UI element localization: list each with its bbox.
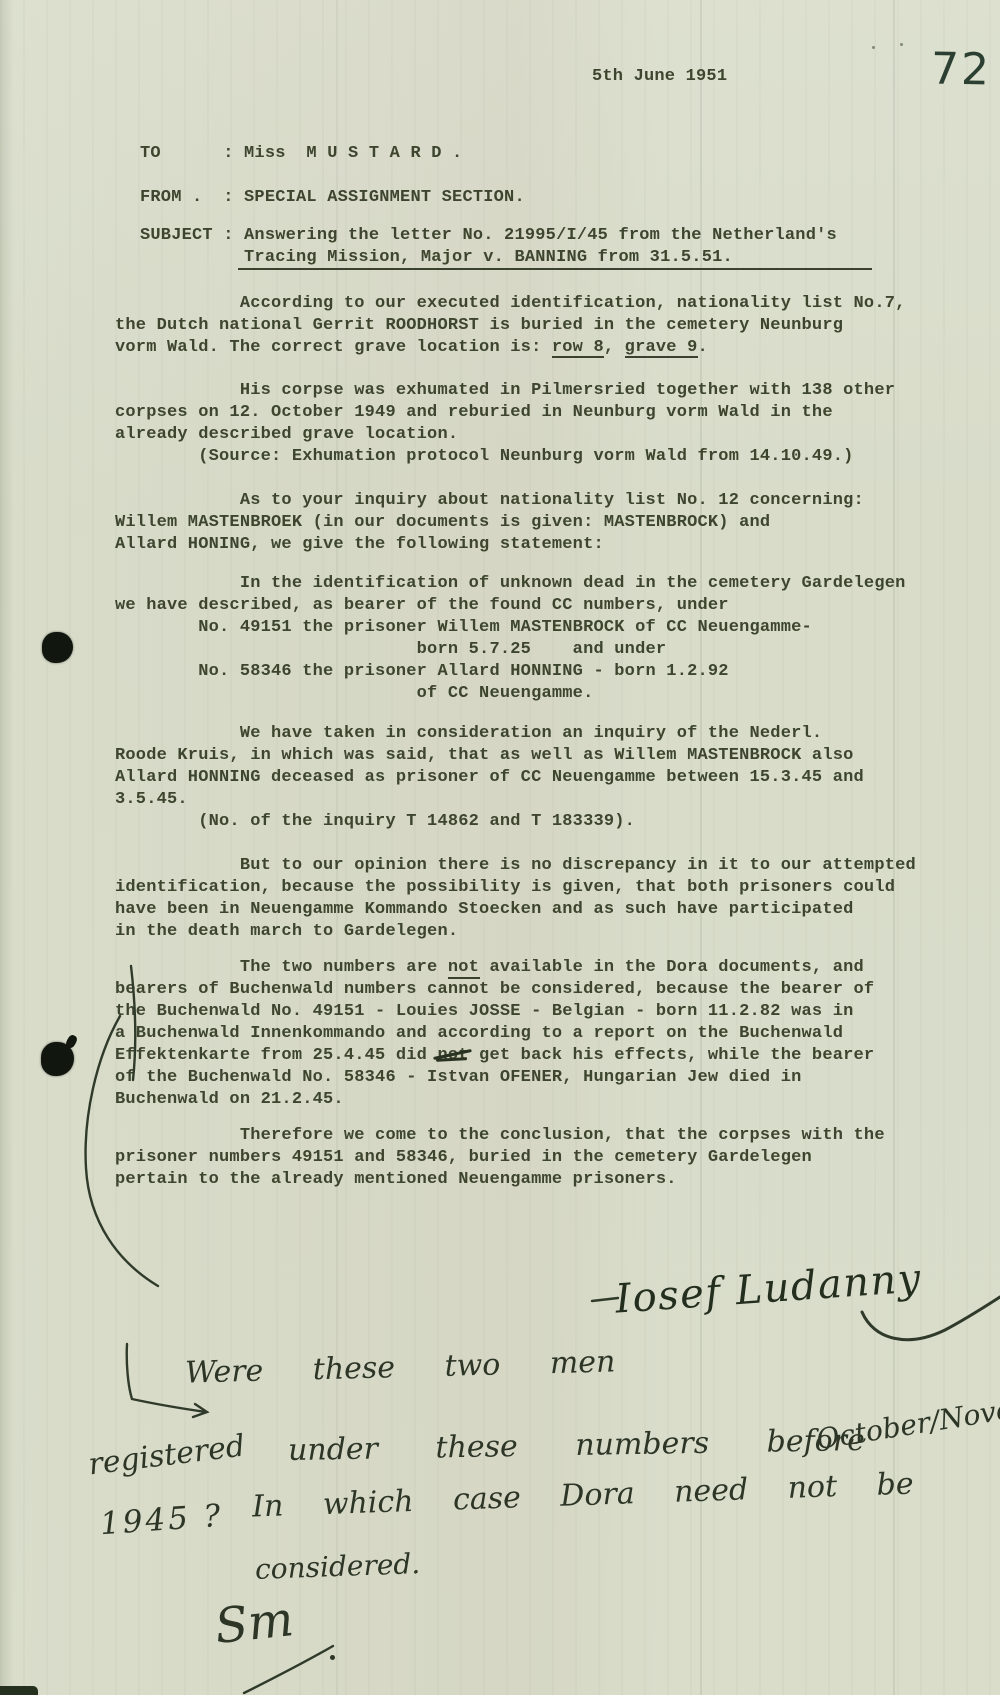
page-corner-shadow	[0, 1686, 38, 1695]
handwritten-note-line-3: In which case Dora need not be	[252, 1466, 915, 1524]
body-paragraph-6: But to our opinion there is no discrepan…	[115, 855, 916, 943]
grave-underline	[625, 356, 698, 358]
body-paragraph-8: Therefore we come to the conclusion, tha…	[115, 1125, 885, 1191]
header-to-line: TO : Miss M U S T A R D .	[140, 143, 462, 165]
handwritten-note-registered: registered	[86, 1429, 246, 1483]
body-paragraph-7: The two numbers are not available in the…	[115, 957, 874, 1111]
ink-speck	[872, 46, 875, 49]
handwritten-initials: Sm	[212, 1591, 296, 1655]
initials-underline	[244, 1646, 333, 1693]
document-date: 5th June 1951	[592, 66, 727, 88]
body-paragraph-3: As to your inquiry about nationality lis…	[115, 490, 864, 556]
handwritten-note-year: 1945 ?	[99, 1498, 225, 1543]
ink-speck	[900, 43, 903, 46]
handwritten-note-line-4: considered.	[254, 1547, 420, 1586]
handwritten-note-month: October/November	[814, 1381, 1000, 1456]
signature-dash	[592, 1298, 618, 1301]
handwritten-note-line-2: under these numbers before	[288, 1423, 865, 1468]
header-subject-line: SUBJECT : Answering the letter No. 21995…	[140, 225, 837, 269]
not-underline	[448, 977, 480, 979]
subject-underline	[238, 268, 872, 270]
page-number: 72	[931, 43, 992, 95]
body-paragraph-5: We have taken in consideration an inquir…	[115, 723, 864, 833]
header-from-line: FROM . : SPECIAL ASSIGNMENT SECTION.	[140, 187, 525, 209]
handwritten-note-line-1: Were these two men	[185, 1344, 616, 1390]
body-paragraph-4: In the identification of unknown dead in…	[115, 573, 906, 705]
body-paragraph-2: His corpse was exhumated in Pilmersried …	[115, 380, 895, 468]
signature: Iosef Ludanny	[614, 1255, 923, 1322]
document-page: 5th June 1951 72 TO : Miss M U S T A R D…	[0, 0, 1000, 1695]
annotation-arrowhead	[193, 1404, 207, 1417]
row-underline	[552, 356, 604, 358]
ink-blob	[42, 632, 73, 663]
body-paragraph-1: According to our executed identification…	[115, 293, 906, 359]
ink-speck	[330, 1655, 335, 1660]
